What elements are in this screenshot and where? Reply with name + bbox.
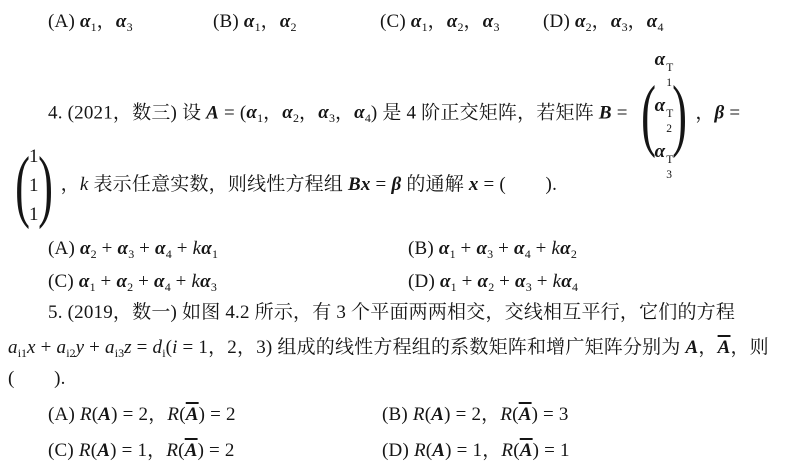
question-5-option-b: (B) R(A) = 2，R(A) = 3 xyxy=(382,402,569,428)
column-matrix: (111) xyxy=(9,144,59,227)
prev-question-option-c: (C) α1，α2，α3 xyxy=(380,10,499,39)
question-4-option-d: (D) α1 + α2 + α3 + kα4 xyxy=(408,269,578,300)
question-4-option-b: (B) α1 + α3 + α4 + kα2 xyxy=(408,236,577,267)
question-5-stem-line-2: ai1x + ai2y + ai3z = di(i = 1，2，3) 组成的线性… xyxy=(8,336,769,365)
column-matrix: (αT1αT2αT3) xyxy=(635,47,694,181)
question-5-stem-line-1: 5. (2019，数一) 如图 4.2 所示，有 3 个平面两两相交，交线相互平… xyxy=(48,301,735,325)
question-5-option-c: (C) R(A) = 1，R(A) = 2 xyxy=(48,438,235,464)
prev-question-option-b: (B) α1，α2 xyxy=(213,10,297,39)
question-4-stem-line-2: (111)，k 表示任意实数，则线性方程组 Bx = β 的通解 x = ( )… xyxy=(7,141,557,229)
question-4-option-c: (C) α1 + α2 + α4 + kα3 xyxy=(48,269,217,300)
question-4-option-a: (A) α2 + α3 + α4 + kα1 xyxy=(48,236,218,267)
exam-page: (A) α1，α3 (B) α1，α2 (C) α1，α2，α3 (D) α2，… xyxy=(0,0,811,464)
question-5-option-a: (A) R(A) = 2，R(A) = 2 xyxy=(48,402,236,428)
prev-question-option-a: (A) α1，α3 xyxy=(48,10,133,39)
question-5-option-d: (D) R(A) = 1，R(A) = 1 xyxy=(382,438,570,464)
question-4-stem-line-1: 4. (2021，数三) 设 A = (α1，α2，α3，α4) 是 4 阶正交… xyxy=(48,47,740,139)
question-5-stem-line-3: ( ). xyxy=(8,367,66,391)
prev-question-option-d: (D) α2，α3，α4 xyxy=(543,10,664,39)
